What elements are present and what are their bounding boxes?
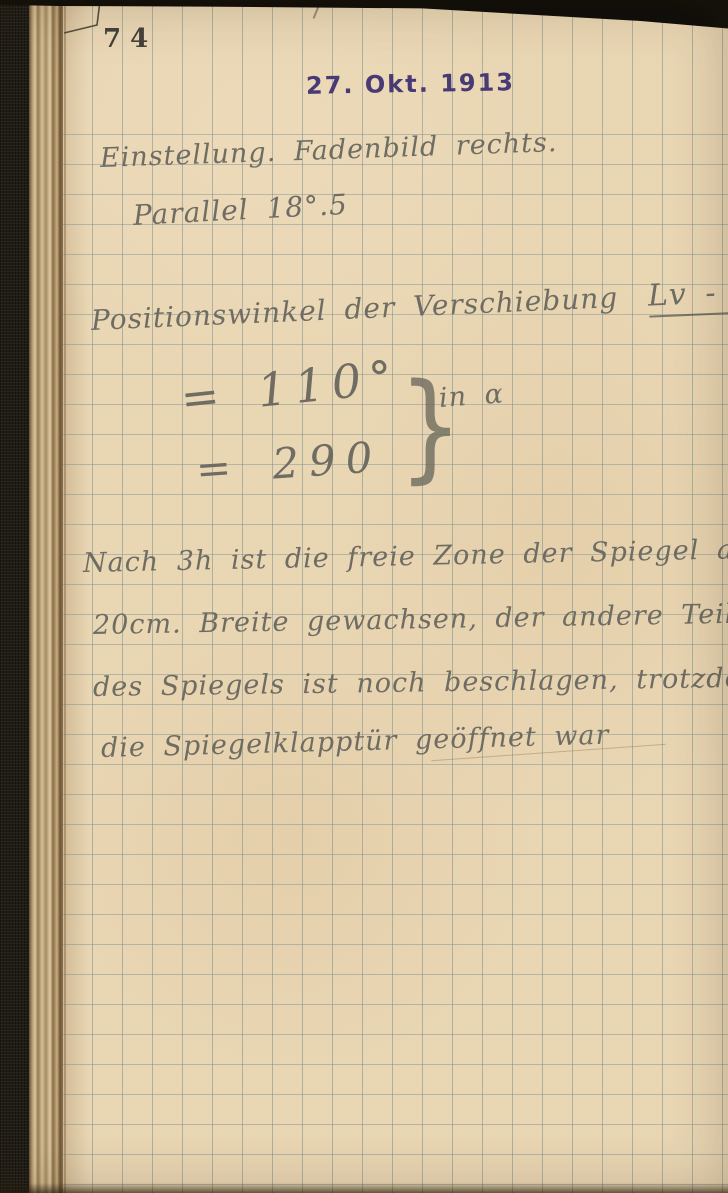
notebook-page: 74 27. Okt. 1913 Einstellung. Fadenbild … — [63, 0, 728, 1193]
page-number: 74 — [103, 24, 157, 54]
date-stamp: 27. Okt. 1913 — [306, 68, 515, 100]
equation-annotation-alpha: in α — [438, 379, 505, 414]
grid-horizontal-lines — [63, 105, 728, 1189]
left-margin-line — [64, 0, 66, 1193]
page-edge-stack — [29, 0, 63, 1193]
book-binding-cloth — [0, 0, 29, 1193]
scan-bottom-edge-shadow — [0, 1183, 728, 1193]
scanned-notebook-page: 74 27. Okt. 1913 Einstellung. Fadenbild … — [0, 0, 728, 1193]
